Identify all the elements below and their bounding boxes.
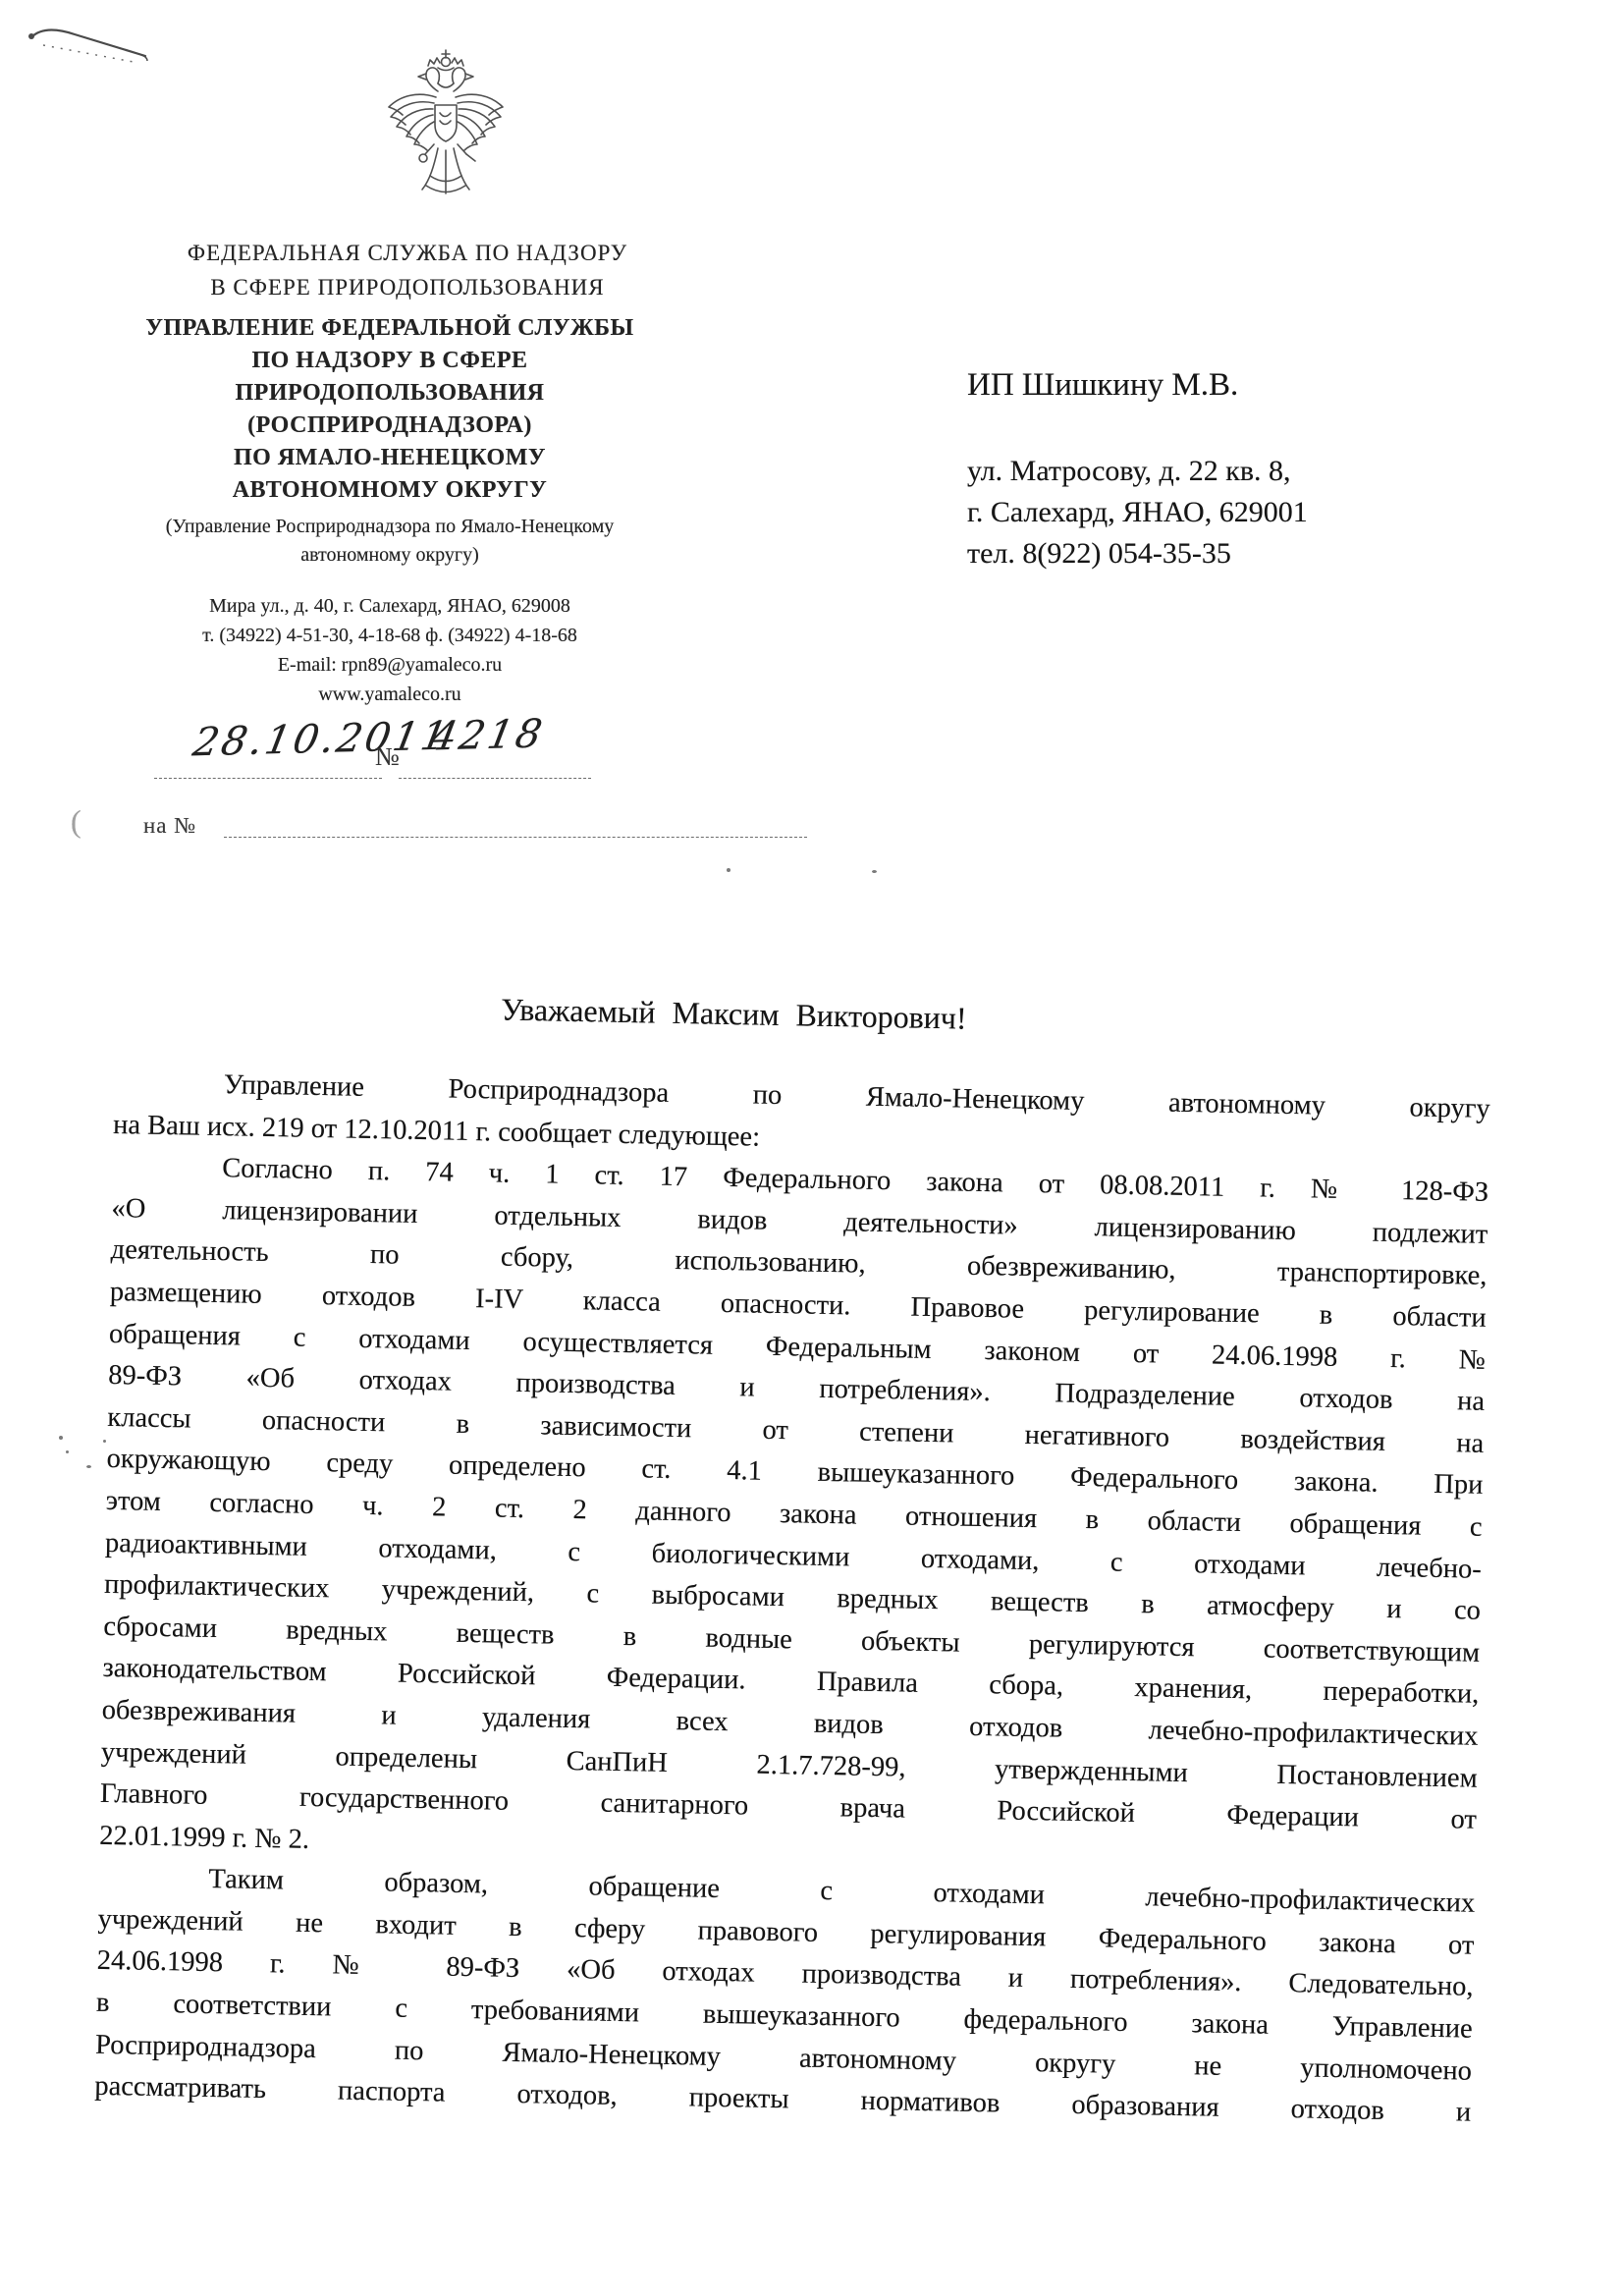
letterhead-left-column: УПРАВЛЕНИЕ ФЕДЕРАЛЬНОЙ СЛУЖБЫПО НАДЗОРУ … xyxy=(90,312,689,709)
reply-reference-label: на № xyxy=(143,813,196,839)
scan-speck xyxy=(872,870,877,873)
department-short-name-line: (Управление Росприроднадзора по Ямало-Не… xyxy=(90,513,689,541)
department-name-line: ПРИРОДОПОЛЬЗОВАНИЯ xyxy=(90,377,689,410)
department-short-name-line: автономному округу) xyxy=(90,541,689,570)
recipient-address: ул. Матросову, д. 22 кв. 8,г. Салехард, … xyxy=(967,451,1399,574)
salutation: Уважаемый Максим Викторович! xyxy=(115,980,1353,1047)
scan-speck xyxy=(66,1450,69,1453)
recipient-address-line: тел. 8(922) 054-35-35 xyxy=(967,533,1399,574)
outgoing-number-handwritten: 4218 xyxy=(427,712,548,760)
federal-service-name: ФЕДЕРАЛЬНАЯ СЛУЖБА ПО НАДЗОРУВ СФЕРЕ ПРИ… xyxy=(110,236,705,304)
recipient-address-line: г. Салехард, ЯНАО, 629001 xyxy=(967,492,1399,533)
letter-body: Уважаемый Максим Викторович! Управление … xyxy=(94,980,1492,2135)
date-underline xyxy=(154,778,382,779)
department-name-line: УПРАВЛЕНИЕ ФЕДЕРАЛЬНОЙ СЛУЖБЫ xyxy=(90,312,689,345)
coat-of-arms-eagle-icon xyxy=(381,45,511,214)
number-sign-label: № xyxy=(375,742,400,772)
contact-line: т. (34922) 4-51-30, 4-18-68 ф. (34922) 4… xyxy=(90,621,689,650)
scan-speck xyxy=(727,868,730,872)
service-name-line: ФЕДЕРАЛЬНАЯ СЛУЖБА ПО НАДЗОРУ xyxy=(110,236,705,270)
scanned-letter-page: ФЕДЕРАЛЬНАЯ СЛУЖБА ПО НАДЗОРУВ СФЕРЕ ПРИ… xyxy=(0,0,1623,2296)
recipient-block: ИП Шишкину М.В. ул. Матросову, д. 22 кв.… xyxy=(967,367,1399,574)
scan-artifact-mark xyxy=(18,12,175,71)
reply-reference-underline xyxy=(224,837,807,838)
contact-info-block: Мира ул., д. 40, г. Салехард, ЯНАО, 6290… xyxy=(90,591,689,709)
department-name: УПРАВЛЕНИЕ ФЕДЕРАЛЬНОЙ СЛУЖБЫПО НАДЗОРУ … xyxy=(90,312,689,507)
recipient-name: ИП Шишкину М.В. xyxy=(967,367,1399,404)
number-underline xyxy=(399,778,591,779)
service-name-line: В СФЕРЕ ПРИРОДОПОЛЬЗОВАНИЯ xyxy=(110,270,705,304)
recipient-address-line: ул. Матросову, д. 22 кв. 8, xyxy=(967,451,1399,492)
department-name-line: (РОСПРИРОДНАДЗОРА) xyxy=(90,410,689,442)
scan-speck xyxy=(103,1440,106,1443)
outgoing-date-handwritten: 28.10.2011 xyxy=(189,714,454,766)
department-short-name: (Управление Росприроднадзора по Ямало-Не… xyxy=(90,513,689,570)
contact-line: Мира ул., д. 40, г. Салехард, ЯНАО, 6290… xyxy=(90,591,689,621)
department-name-line: АВТОНОМНОМУ ОКРУГУ xyxy=(90,474,689,507)
scan-speck xyxy=(59,1436,63,1440)
department-name-line: ПО ЯМАЛО-НЕНЕЦКОМУ xyxy=(90,442,689,474)
contact-line: E-mail: rpn89@yamaleco.ru xyxy=(90,650,689,680)
department-name-line: ПО НАДЗОРУ В СФЕРЕ xyxy=(90,345,689,377)
contact-line: www.yamaleco.ru xyxy=(90,680,689,709)
body-paragraph: Согласно п. 74 ч. 1 ст. 17 Федерального … xyxy=(99,1146,1489,1884)
letter-paragraphs: Управление Росприроднадзора по Ямало-Нен… xyxy=(94,1063,1490,2135)
scan-artifact-paren: ( xyxy=(71,803,81,840)
scan-speck xyxy=(86,1465,91,1468)
body-paragraph: Таким образом, обращение с отходами лече… xyxy=(94,1857,1476,2134)
